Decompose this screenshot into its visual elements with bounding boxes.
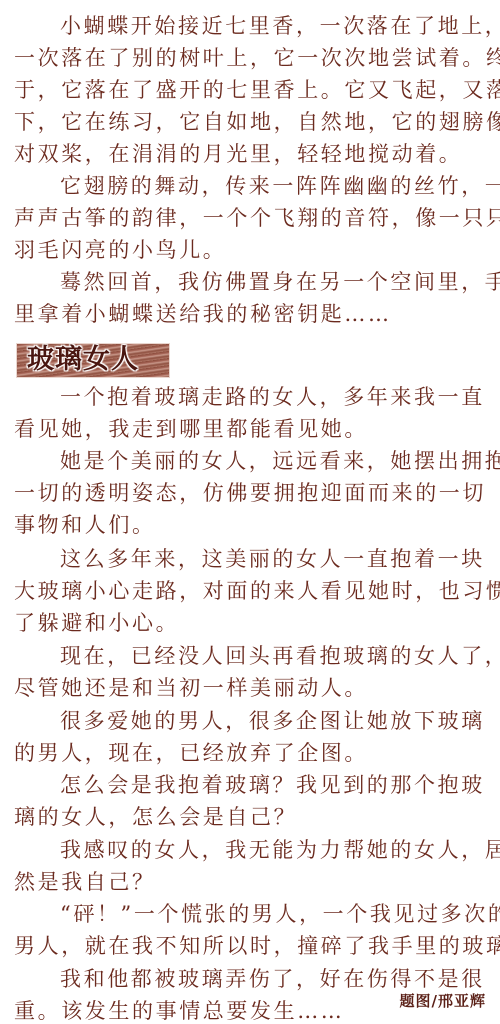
text-line: 下，它在练习，它自如地，自然地，它的翅膀像一	[14, 106, 500, 138]
text-line: 很多爱她的男人，很多企图让她放下玻璃	[60, 705, 485, 737]
text-line: 于，它落在了盛开的七里香上。它又飞起，又落	[14, 74, 500, 106]
text-line: 重。该发生的事情总要发生……	[14, 995, 344, 1024]
text-line: 羽毛闪亮的小鸟儿。	[14, 234, 226, 266]
text-line: 她是个美丽的女人，远远看来，她摆出拥抱	[60, 445, 500, 477]
text-line: 蓦然回首，我仿佛置身在另一个空间里，手	[60, 266, 500, 298]
text-line: 大玻璃小心走路，对面的来人看见她时，也习惯	[14, 575, 500, 607]
text-line: 我感叹的女人，我无能为力帮她的女人，居	[60, 834, 500, 866]
text-line: “砰！”一个慌张的男人，一个我见过多次的	[60, 898, 500, 930]
article-title-banner: 玻璃女人	[16, 343, 170, 378]
text-line: 声声古筝的韵律，一个个飞翔的音符，像一只只	[14, 202, 500, 234]
text-line: 小蝴蝶开始接近七里香，一次落在了地上，	[60, 10, 500, 42]
text-line: 璃的女人，怎么会是自己？	[14, 801, 297, 833]
text-line: 里拿着小蝴蝶送给我的秘密钥匙……	[14, 298, 392, 330]
illustration-credit: 题图/邢亚辉	[400, 990, 486, 1011]
article-title: 玻璃女人	[27, 343, 139, 377]
text-line: 对双桨，在涓涓的月光里，轻轻地搅动着。	[14, 138, 462, 170]
text-line: 事物和人们。	[14, 509, 156, 541]
text-line: 怎么会是我抱着玻璃？我见到的那个抱玻	[60, 769, 485, 801]
text-line: 这么多年来，这美丽的女人一直抱着一块	[60, 543, 485, 575]
text-line: 现在，已经没人回头再看抱玻璃的女人了，	[60, 640, 500, 672]
text-line: 看见她，我走到哪里都能看见她。	[14, 413, 368, 445]
magazine-page: 小蝴蝶开始接近七里香，一次落在了地上， 一次落在了别的树叶上，它一次次地尝试着。…	[0, 0, 500, 1024]
text-line: 一次落在了别的树叶上，它一次次地尝试着。终	[14, 42, 500, 74]
text-line: 了躲避和小心。	[14, 607, 179, 639]
text-line: 男人，就在我不知所以时，撞碎了我手里的玻璃。	[14, 930, 500, 962]
text-line: 一个抱着玻璃走路的女人，多年来我一直	[60, 381, 485, 413]
text-line: 它翅膀的舞动，传来一阵阵幽幽的丝竹，一	[60, 170, 500, 202]
text-line: 然是我自己？	[14, 866, 156, 898]
text-line: 一切的透明姿态，仿佛要拥抱迎面而来的一切	[14, 477, 486, 509]
text-line: 尽管她还是和当初一样美丽动人。	[14, 672, 368, 704]
text-line: 的男人，现在，已经放弃了企图。	[14, 737, 368, 769]
